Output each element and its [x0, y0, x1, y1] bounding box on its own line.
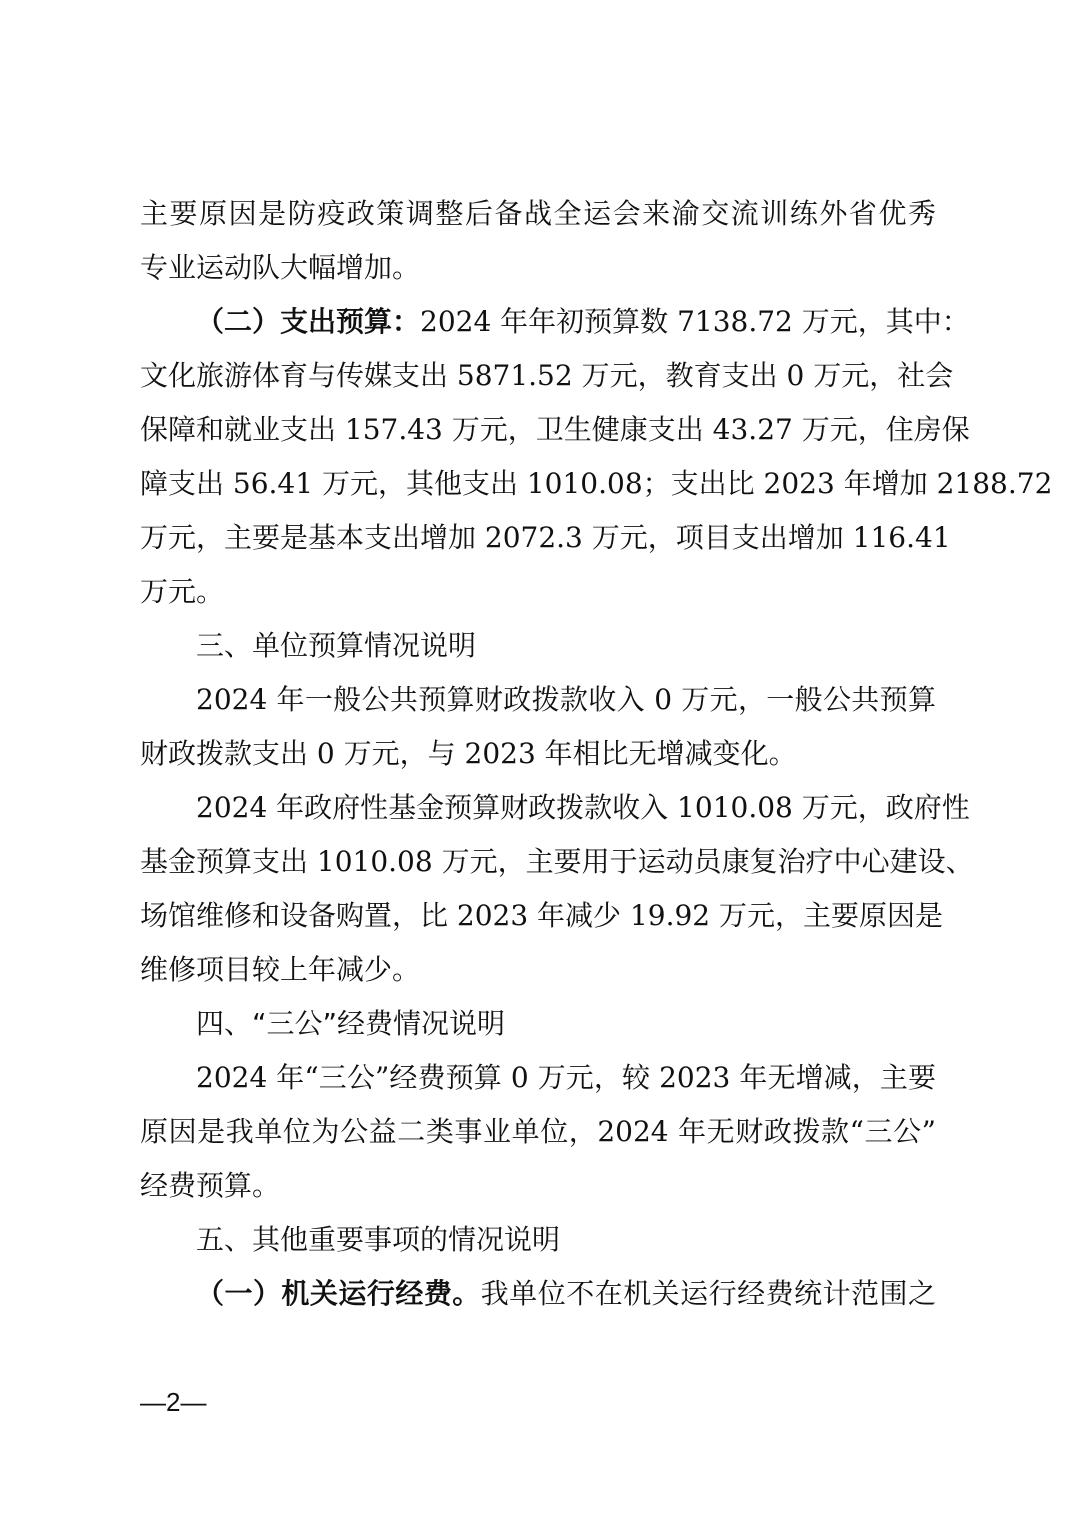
- section-heading-4: 四、“三公”经费情况说明: [196, 1004, 936, 1044]
- paragraph-line: 保障和就业支出 157.43 万元，卫生健康支出 43.27 万元，住房保: [140, 410, 936, 450]
- paragraph-line: 文化旅游体育与传媒支出 5871.52 万元，教育支出 0 万元，社会: [140, 356, 936, 396]
- paragraph-line: 维修项目较上年减少。: [140, 950, 936, 990]
- paragraph-line: 原因是我单位为公益二类事业单位，2024 年无财政拨款“三公”: [140, 1112, 936, 1152]
- paragraph-line: 财政拨款支出 0 万元，与 2023 年相比无增减变化。: [140, 734, 936, 774]
- paragraph-text: 2024 年年初预算数 7138.72 万元，其中：: [420, 305, 970, 338]
- operating-expenses-paragraph: （一）机关运行经费。我单位不在机关运行经费统计范围之: [196, 1274, 936, 1314]
- paragraph-line: 场馆维修和设备购置，比 2023 年减少 19.92 万元，主要原因是: [140, 896, 936, 936]
- paragraph-line: 专业运动队大幅增加。: [140, 248, 936, 288]
- section-heading-3: 三、单位预算情况说明: [196, 626, 936, 666]
- paragraph-line: 万元，主要是基本支出增加 2072.3 万元，项目支出增加 116.41: [140, 518, 936, 558]
- paragraph-text: 我单位不在机关运行经费统计范围之: [481, 1277, 936, 1310]
- paragraph-line: 主要原因是防疫政策调整后备战全运会来渝交流训练外省优秀: [140, 194, 936, 234]
- document-page: 主要原因是防疫政策调整后备战全运会来渝交流训练外省优秀 专业运动队大幅增加。 （…: [0, 0, 1074, 1520]
- paragraph-line: 2024 年政府性基金预算财政拨款收入 1010.08 万元，政府性: [196, 788, 936, 828]
- paragraph-line: 障支出 56.41 万元，其他支出 1010.08；支出比 2023 年增加 2…: [140, 464, 936, 504]
- page-number: —2—: [140, 1384, 206, 1420]
- paragraph-line: 万元。: [140, 572, 936, 612]
- section-heading-5: 五、其他重要事项的情况说明: [196, 1220, 936, 1260]
- expenditure-budget-paragraph: （二）支出预算：2024 年年初预算数 7138.72 万元，其中：: [196, 302, 936, 342]
- paragraph-line: 2024 年一般公共预算财政拨款收入 0 万元，一般公共预算: [196, 680, 936, 720]
- paragraph-line: 经费预算。: [140, 1166, 936, 1206]
- paragraph-line: 基金预算支出 1010.08 万元，主要用于运动员康复治疗中心建设、: [140, 842, 936, 882]
- paragraph-line: 2024 年“三公”经费预算 0 万元，较 2023 年无增减，主要: [196, 1058, 936, 1098]
- section-subheading-expenditure: （二）支出预算：: [196, 305, 420, 338]
- section-subheading-operating: （一）机关运行经费。: [196, 1277, 481, 1310]
